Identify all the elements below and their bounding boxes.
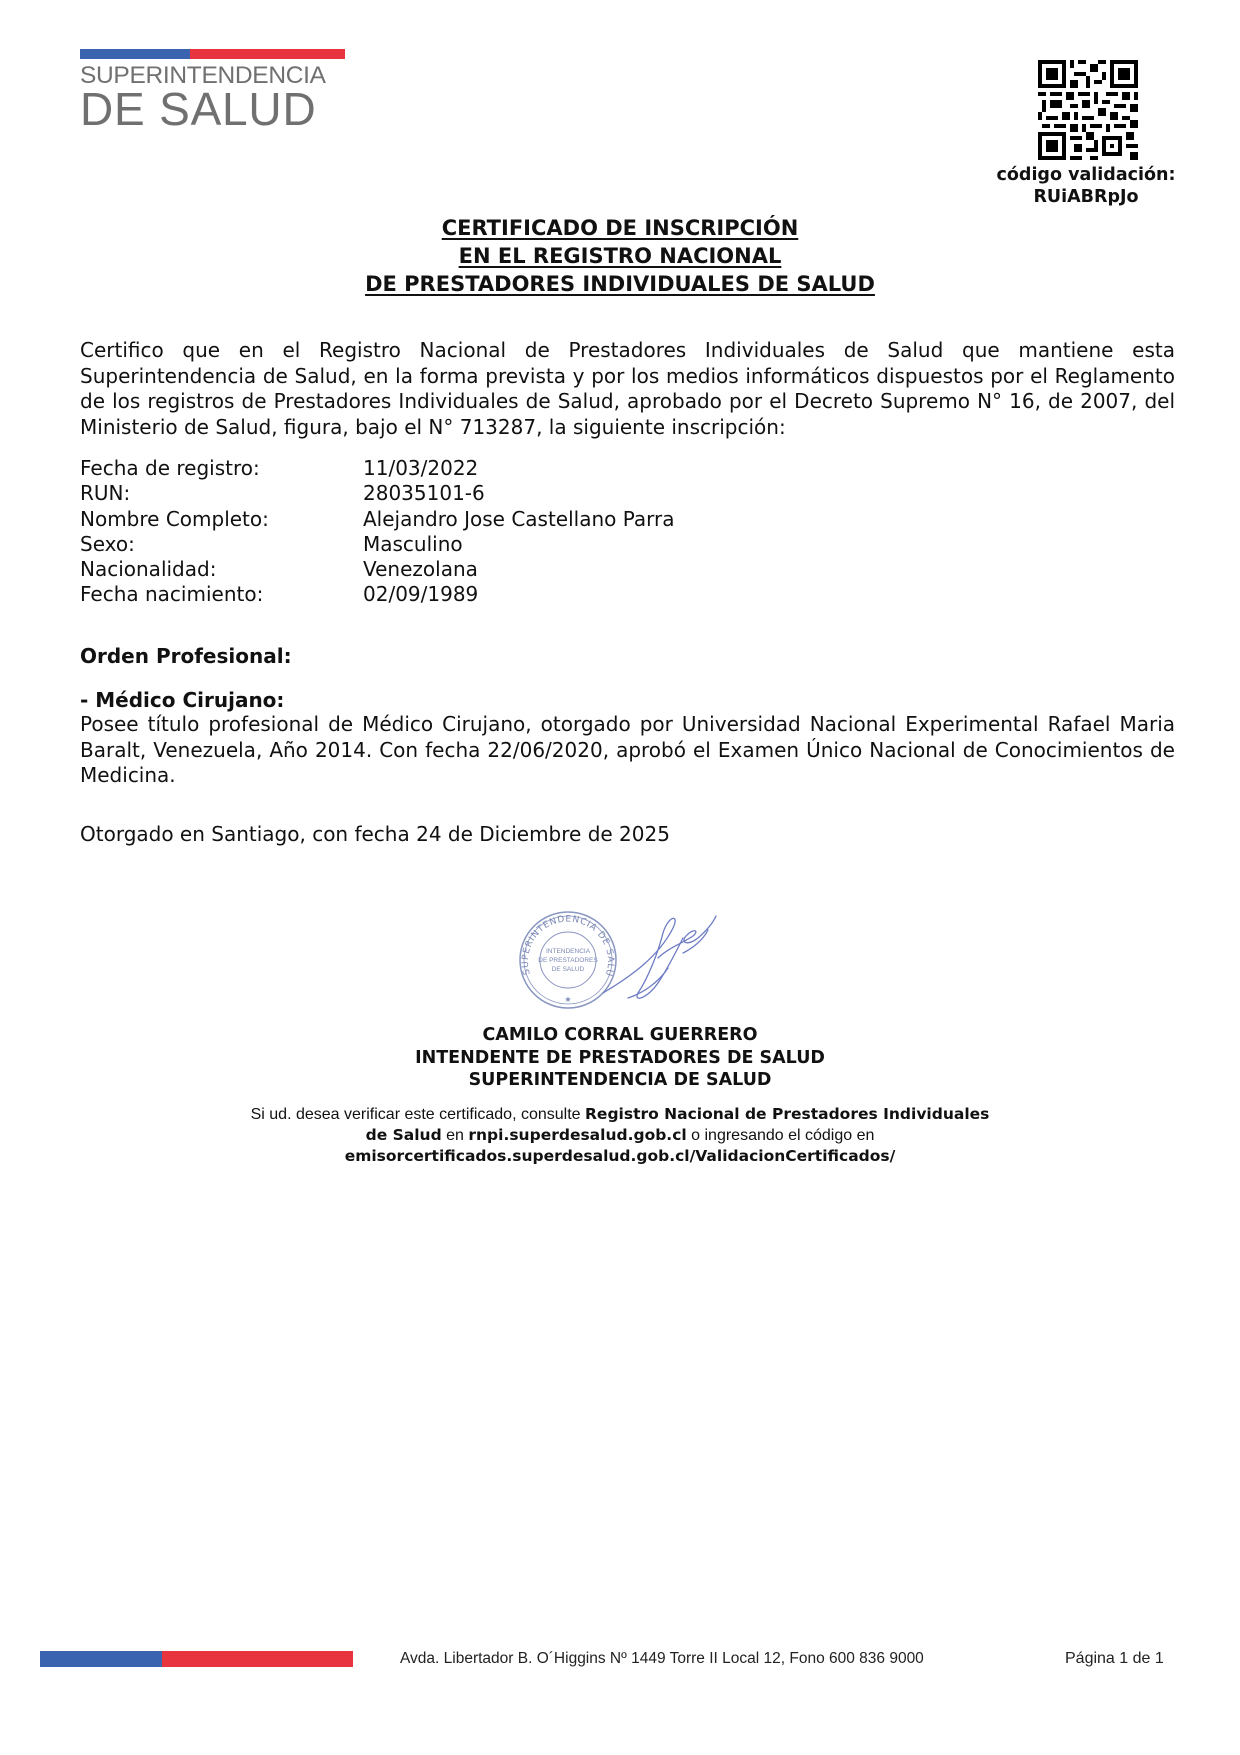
field-row-nombre: Nombre Completo:Alejandro Jose Castellan… — [80, 507, 675, 532]
field-value: Alejandro Jose Castellano Parra — [363, 507, 675, 532]
stamp-and-signature: SUPERINTENDENCIA DE SALUD INTENDENCIA DE… — [508, 898, 728, 1018]
logo-bar-red — [190, 49, 345, 59]
logo-color-bar — [80, 49, 345, 59]
profession-title: - Médico Cirujano: — [80, 688, 284, 712]
field-row-fecha-registro: Fecha de registro:11/03/2022 — [80, 456, 675, 481]
title-line-3: DE PRESTADORES INDIVIDUALES DE SALUD — [365, 272, 875, 296]
rnpi-link[interactable]: rnpi.superdesalud.gob.cl — [468, 1126, 686, 1144]
certificate-title: CERTIFICADO DE INSCRIPCIÓN EN EL REGISTR… — [0, 214, 1240, 298]
field-value: 02/09/1989 — [363, 582, 478, 607]
footer-address: Avda. Libertador B. O´Higgins Nº 1449 To… — [400, 1650, 924, 1668]
signer-institution: SUPERINTENDENCIA DE SALUD — [0, 1069, 1240, 1092]
footer-bar-blue — [40, 1651, 162, 1667]
field-label: Sexo: — [80, 532, 363, 557]
field-value: 11/03/2022 — [363, 456, 478, 481]
footer-color-bar — [40, 1651, 353, 1667]
signer-block: CAMILO CORRAL GUERRERO INTENDENTE DE PRE… — [0, 1024, 1240, 1092]
verify-text-3: o ingresando el código en — [687, 1127, 875, 1144]
page-number: Página 1 de 1 — [1065, 1650, 1164, 1668]
validation-code: RUiABRpJo — [970, 186, 1202, 208]
logo-line-2: DE SALUD — [80, 89, 345, 129]
field-row-fecha-nacimiento: Fecha nacimiento:02/09/1989 — [80, 582, 675, 607]
intro-paragraph: Certifico que en el Registro Nacional de… — [80, 338, 1175, 440]
footer-bar-red — [162, 1651, 353, 1667]
registration-fields: Fecha de registro:11/03/2022 RUN:2803510… — [80, 456, 675, 608]
seal-inner-1: INTENDENCIA — [546, 948, 591, 955]
validation-link[interactable]: emisorcertificados.superdesalud.gob.cl/V… — [345, 1147, 896, 1165]
field-label: Nacionalidad: — [80, 557, 363, 582]
verification-note: Si ud. desea verificar este certificado,… — [240, 1104, 1000, 1167]
qr-code-icon — [1038, 60, 1138, 160]
validation-code-block: código validación: RUiABRpJo — [970, 164, 1202, 208]
signer-name: CAMILO CORRAL GUERRERO — [0, 1024, 1240, 1047]
logo-bar-blue — [80, 49, 190, 59]
field-label: RUN: — [80, 481, 363, 506]
orden-profesional-heading: Orden Profesional: — [80, 644, 292, 668]
field-label: Nombre Completo: — [80, 507, 363, 532]
field-row-sexo: Sexo:Masculino — [80, 532, 675, 557]
official-seal-icon: SUPERINTENDENCIA DE SALUD INTENDENCIA DE… — [508, 898, 616, 1008]
field-row-nacionalidad: Nacionalidad:Venezolana — [80, 557, 675, 582]
superintendencia-logo: SUPERINTENDENCIA DE SALUD — [80, 49, 345, 129]
seal-inner-2: DE PRESTADORES — [538, 957, 598, 964]
seal-inner-3: DE SALUD — [552, 966, 585, 973]
title-line-1: CERTIFICADO DE INSCRIPCIÓN — [442, 216, 799, 240]
profession-description: Posee título profesional de Médico Ciruj… — [80, 712, 1175, 789]
verify-text-2: en — [442, 1127, 469, 1144]
validation-code-label: código validación: — [970, 164, 1202, 186]
field-label: Fecha nacimiento: — [80, 582, 363, 607]
field-value: Masculino — [363, 532, 463, 557]
field-value: Venezolana — [363, 557, 478, 582]
field-label: Fecha de registro: — [80, 456, 363, 481]
signature-icon — [603, 916, 716, 998]
signer-position: INTENDENTE DE PRESTADORES DE SALUD — [0, 1047, 1240, 1070]
field-row-run: RUN:28035101-6 — [80, 481, 675, 506]
svg-text:★: ★ — [564, 995, 571, 1004]
field-value: 28035101-6 — [363, 481, 485, 506]
issued-statement: Otorgado en Santiago, con fecha 24 de Di… — [80, 822, 670, 846]
verify-text-1: Si ud. desea verificar este certificado,… — [251, 1106, 585, 1123]
title-line-2: EN EL REGISTRO NACIONAL — [459, 244, 782, 268]
